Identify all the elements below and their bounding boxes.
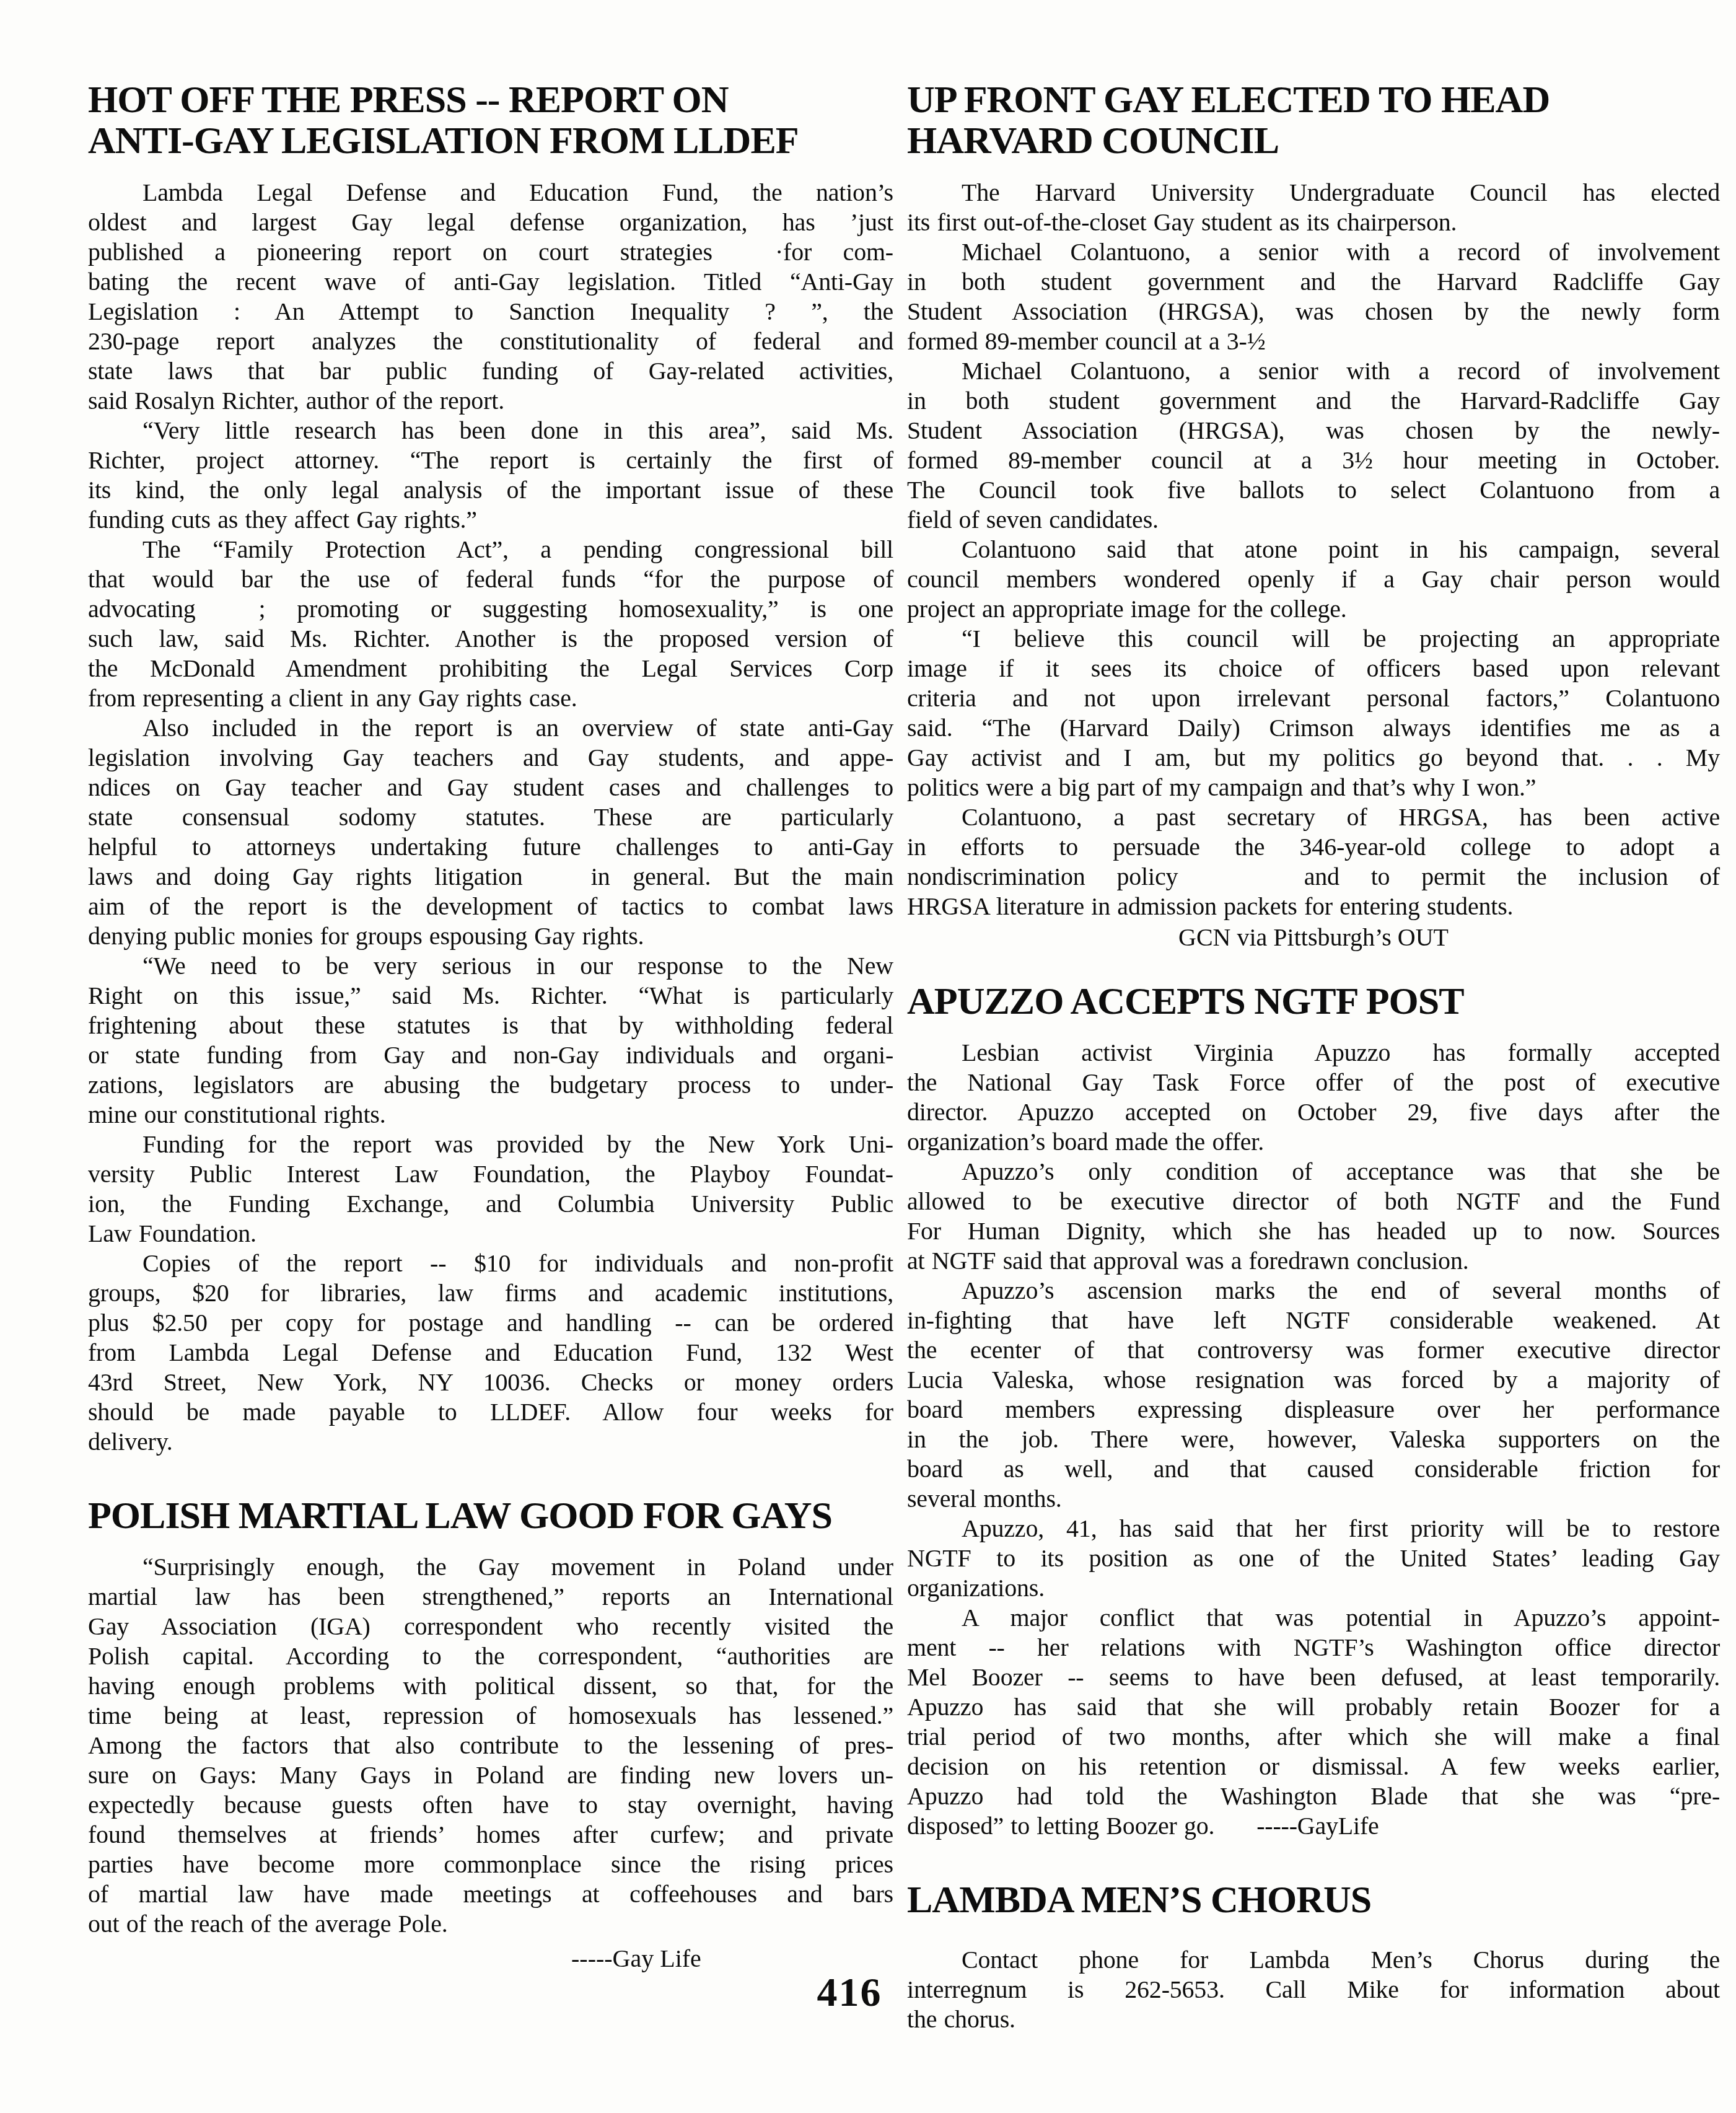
text-line: politics were a big part of my campaign …	[907, 773, 1720, 802]
paragraph: A major conflict that was potential in A…	[907, 1603, 1720, 1841]
text-line: should be made payable to LLDEF. Allow f…	[88, 1397, 893, 1427]
text-line: found themselves at friends’ homes after…	[88, 1820, 893, 1850]
text-line: field of seven candidates.	[907, 505, 1720, 535]
text-line: 230-page report analyzes the constitutio…	[88, 327, 893, 356]
text-line: Copies of the report -- $10 for individu…	[88, 1249, 893, 1278]
text-line: laws and doing Gay rights litigation in …	[88, 862, 893, 892]
text-line: nondiscrimination policy and to permit t…	[907, 862, 1720, 892]
article-headline-apuzzo: APUZZO ACCEPTS NGTF POST	[907, 981, 1720, 1022]
text-line: Polish capital. According to the corresp…	[88, 1641, 893, 1671]
text-line: Student Association (HRGSA), was chosen …	[907, 297, 1720, 327]
text-line: For Human Dignity, which she has headed …	[907, 1216, 1720, 1246]
text-line: advocating ; promoting or suggesting hom…	[88, 594, 893, 624]
text-line: groups, $20 for libraries, law firms and…	[88, 1278, 893, 1308]
text-line: sure on Gays: Many Gays in Poland are fi…	[88, 1760, 893, 1790]
text-line: plus $2.50 per copy for postage and hand…	[88, 1308, 893, 1338]
text-line: out of the reach of the average Pole.	[88, 1909, 893, 1939]
paragraph: “We need to be very serious in our respo…	[88, 951, 893, 1130]
text-line: Lambda Legal Defense and Education Fund,…	[88, 178, 893, 208]
text-line: Legislation : An Attempt to Sanction Ine…	[88, 297, 893, 327]
text-line: several months.	[907, 1484, 1720, 1514]
text-line: trial period of two months, after which …	[907, 1722, 1720, 1752]
article-apuzzo-ngtf: APUZZO ACCEPTS NGTF POST Lesbian activis…	[907, 981, 1720, 1841]
text-line: Law Foundation.	[88, 1219, 893, 1249]
text-line: project an appropriate image for the col…	[907, 594, 1720, 624]
text-line: its first out-of-the-closet Gay student …	[907, 208, 1720, 237]
attribution-gcn-out: GCN via Pittsburgh’s OUT	[907, 923, 1720, 952]
text-line: “I believe this council will be projecti…	[907, 624, 1720, 654]
text-line: Apuzzo, 41, has said that her first prio…	[907, 1514, 1720, 1544]
text-line: published a pioneering report on court s…	[88, 237, 893, 267]
text-line: the ecenter of that controversy was form…	[907, 1335, 1720, 1365]
paragraph: Apuzzo’s only condition of acceptance wa…	[907, 1157, 1720, 1276]
text-line: HARVARD COUNCIL	[907, 120, 1720, 161]
article-harvard-council: UP FRONT GAY ELECTED TO HEADHARVARD COUN…	[907, 79, 1720, 952]
text-line: HOT OFF THE PRESS -- REPORT ON	[88, 79, 893, 120]
text-line: zations, legislators are abusing the bud…	[88, 1070, 893, 1100]
text-line: UP FRONT GAY ELECTED TO HEAD	[907, 79, 1720, 120]
text-line: legislation involving Gay teachers and G…	[88, 743, 893, 773]
right-column: UP FRONT GAY ELECTED TO HEADHARVARD COUN…	[907, 79, 1720, 2034]
paragraph: “Surprisingly enough, the Gay movement i…	[88, 1552, 893, 1939]
text-line: its kind, the only legal analysis of the…	[88, 475, 893, 505]
text-line: “Surprisingly enough, the Gay movement i…	[88, 1552, 893, 1582]
text-line: in both student government and the Harva…	[907, 267, 1720, 297]
article-headline-polish: POLISH MARTIAL LAW GOOD FOR GAYS	[88, 1495, 893, 1536]
text-line: that would bar the use of federal funds …	[88, 564, 893, 594]
paragraph: Also included in the report is an overvi…	[88, 713, 893, 951]
text-line: formed 89-member council at a 3-½	[907, 327, 1720, 356]
article-headline-harvard: UP FRONT GAY ELECTED TO HEADHARVARD COUN…	[907, 79, 1720, 162]
text-line: aim of the report is the development of …	[88, 892, 893, 921]
paragraph: Lambda Legal Defense and Education Fund,…	[88, 178, 893, 416]
text-line: POLISH MARTIAL LAW GOOD FOR GAYS	[88, 1495, 893, 1536]
text-line: at NGTF said that approval was a foredra…	[907, 1246, 1720, 1276]
text-line: state laws that bar public funding of Ga…	[88, 356, 893, 386]
text-line: Michael Colantuono, a senior with a reco…	[907, 356, 1720, 386]
text-line: Colantuono, a past secretary of HRGSA, h…	[907, 802, 1720, 832]
text-line: ANTI-GAY LEGISLATION FROM LLDEF	[88, 120, 893, 161]
paragraph: “Very little research has been done in t…	[88, 416, 893, 535]
paragraph: Michael Colantuono, a senior with a reco…	[907, 356, 1720, 535]
text-line: denying public monies for groups espousi…	[88, 921, 893, 951]
paragraph: Copies of the report -- $10 for individu…	[88, 1249, 893, 1457]
text-line: state consensual sodomy statutes. These …	[88, 802, 893, 832]
text-line: delivery.	[88, 1427, 893, 1457]
text-line: NGTF to its position as one of the Unite…	[907, 1544, 1720, 1573]
text-line: LAMBDA MEN’S CHORUS	[907, 1879, 1720, 1920]
text-line: “Very little research has been done in t…	[88, 416, 893, 446]
text-line: such law, said Ms. Richter. Another is t…	[88, 624, 893, 654]
text-line: ndices on Gay teacher and Gay student ca…	[88, 773, 893, 802]
article-lldef-report: HOT OFF THE PRESS -- REPORT ONANTI-GAY L…	[88, 79, 893, 1457]
text-line: martial law has been strengthened,” repo…	[88, 1582, 893, 1612]
text-line: the McDonald Amendment prohibiting the L…	[88, 654, 893, 683]
text-line: parties have become more commonplace sin…	[88, 1850, 893, 1879]
text-line: time being at least, repression of homos…	[88, 1701, 893, 1731]
text-line: organization’s board made the offer.	[907, 1127, 1720, 1157]
text-line: Colantuono said that atone point in his …	[907, 535, 1720, 564]
page-number: 416	[0, 1969, 1699, 2016]
text-line: 43rd Street, New York, NY 10036. Checks …	[88, 1368, 893, 1397]
text-line: decision on his retention or dismissal. …	[907, 1752, 1720, 1781]
text-line: Apuzzo has said that she will probably r…	[907, 1692, 1720, 1722]
text-line: from representing a client in any Gay ri…	[88, 683, 893, 713]
text-line: said Rosalyn Richter, author of the repo…	[88, 386, 893, 416]
paragraph: Apuzzo, 41, has said that her first prio…	[907, 1514, 1720, 1603]
text-line: board members expressing displeasure ove…	[907, 1395, 1720, 1425]
text-line: ment -- her relations with NGTF’s Washin…	[907, 1633, 1720, 1663]
paragraph: “I believe this council will be projecti…	[907, 624, 1720, 802]
text-line: having enough problems with political di…	[88, 1671, 893, 1701]
text-line: Mel Boozer -- seems to have been defused…	[907, 1663, 1720, 1692]
text-line: director. Apuzzo accepted on October 29,…	[907, 1097, 1720, 1127]
text-line: disposed” to letting Boozer go. -----Gay…	[907, 1811, 1720, 1841]
text-line: Gay Association (IGA) correspondent who …	[88, 1612, 893, 1641]
paragraph: Colantuono said that atone point in his …	[907, 535, 1720, 624]
text-line: expectedly because guests often have to …	[88, 1790, 893, 1820]
text-line: image if it sees its choice of officers …	[907, 654, 1720, 683]
text-line: oldest and largest Gay legal defense org…	[88, 208, 893, 237]
text-line: Lucia Valeska, whose resignation was for…	[907, 1365, 1720, 1395]
left-column: HOT OFF THE PRESS -- REPORT ONANTI-GAY L…	[88, 79, 893, 1974]
text-line: The Council took five ballots to select …	[907, 475, 1720, 505]
paragraph: Michael Colantuono, a senior with a reco…	[907, 237, 1720, 356]
text-line: Lesbian activist Virginia Apuzzo has for…	[907, 1038, 1720, 1068]
text-line: Among the factors that also contribute t…	[88, 1731, 893, 1760]
text-line: in-fighting that have left NGTF consider…	[907, 1306, 1720, 1335]
text-line: The “Family Protection Act”, a pending c…	[88, 535, 893, 564]
paragraph: The “Family Protection Act”, a pending c…	[88, 535, 893, 713]
paragraph: Colantuono, a past secretary of HRGSA, h…	[907, 802, 1720, 921]
text-line: council members wondered openly if a Gay…	[907, 564, 1720, 594]
text-line: Apuzzo had told the Washington Blade tha…	[907, 1781, 1720, 1811]
text-line: in the job. There were, however, Valeska…	[907, 1425, 1720, 1454]
text-line: funding cuts as they affect Gay rights.”	[88, 505, 893, 535]
text-line: The Harvard University Undergraduate Cou…	[907, 178, 1720, 208]
paragraph: Lesbian activist Virginia Apuzzo has for…	[907, 1038, 1720, 1157]
text-line: or state funding from Gay and non-Gay in…	[88, 1040, 893, 1070]
text-line: board as well, and that caused considera…	[907, 1454, 1720, 1484]
text-line: ion, the Funding Exchange, and Columbia …	[88, 1189, 893, 1219]
text-line: in efforts to persuade the 346-year-old …	[907, 832, 1720, 862]
text-line: the National Gay Task Force offer of the…	[907, 1068, 1720, 1097]
text-line: allowed to be executive director of both…	[907, 1187, 1720, 1216]
text-line: criteria and not upon irrelevant persona…	[907, 683, 1720, 713]
text-line: HRGSA literature in admission packets fo…	[907, 892, 1720, 921]
paragraph: Apuzzo’s ascension marks the end of seve…	[907, 1276, 1720, 1514]
text-line: Also included in the report is an overvi…	[88, 713, 893, 743]
text-line: Gay activist and I am, but my politics g…	[907, 743, 1720, 773]
text-line: versity Public Interest Law Foundation, …	[88, 1159, 893, 1189]
text-line: helpful to attorneys undertaking future …	[88, 832, 893, 862]
text-line: “We need to be very serious in our respo…	[88, 951, 893, 981]
article-headline-lambda: LAMBDA MEN’S CHORUS	[907, 1879, 1720, 1920]
paragraph: The Harvard University Undergraduate Cou…	[907, 178, 1720, 237]
text-line: from Lambda Legal Defense and Education …	[88, 1338, 893, 1368]
text-line: in both student government and the Harva…	[907, 386, 1720, 416]
article-polish-martial-law: POLISH MARTIAL LAW GOOD FOR GAYS “Surpri…	[88, 1495, 893, 1974]
text-line: Michael Colantuono, a senior with a reco…	[907, 237, 1720, 267]
text-line: Apuzzo’s ascension marks the end of seve…	[907, 1276, 1720, 1306]
text-line: frightening about these statutes is that…	[88, 1011, 893, 1040]
text-line: of martial law have made meetings at cof…	[88, 1879, 893, 1909]
text-line: mine our constitutional rights.	[88, 1100, 893, 1130]
text-line: formed 89-member council at a 3½ hour me…	[907, 446, 1720, 475]
text-line: organizations.	[907, 1573, 1720, 1603]
text-line: bating the recent wave of anti-Gay legis…	[88, 267, 893, 297]
text-line: Student Association (HRGSA), was chosen …	[907, 416, 1720, 446]
text-line: Richter, project attorney. “The report i…	[88, 446, 893, 475]
text-line: Apuzzo’s only condition of acceptance wa…	[907, 1157, 1720, 1187]
newsletter-page: HOT OFF THE PRESS -- REPORT ONANTI-GAY L…	[0, 0, 1736, 2113]
text-line: APUZZO ACCEPTS NGTF POST	[907, 981, 1720, 1022]
text-line: said. “The (Harvard Daily) Crimson alway…	[907, 713, 1720, 743]
text-line: Funding for the report was provided by t…	[88, 1130, 893, 1159]
article-headline-lldef: HOT OFF THE PRESS -- REPORT ONANTI-GAY L…	[88, 79, 893, 162]
text-line: Right on this issue,” said Ms. Richter. …	[88, 981, 893, 1011]
paragraph: Funding for the report was provided by t…	[88, 1130, 893, 1249]
text-line: A major conflict that was potential in A…	[907, 1603, 1720, 1633]
